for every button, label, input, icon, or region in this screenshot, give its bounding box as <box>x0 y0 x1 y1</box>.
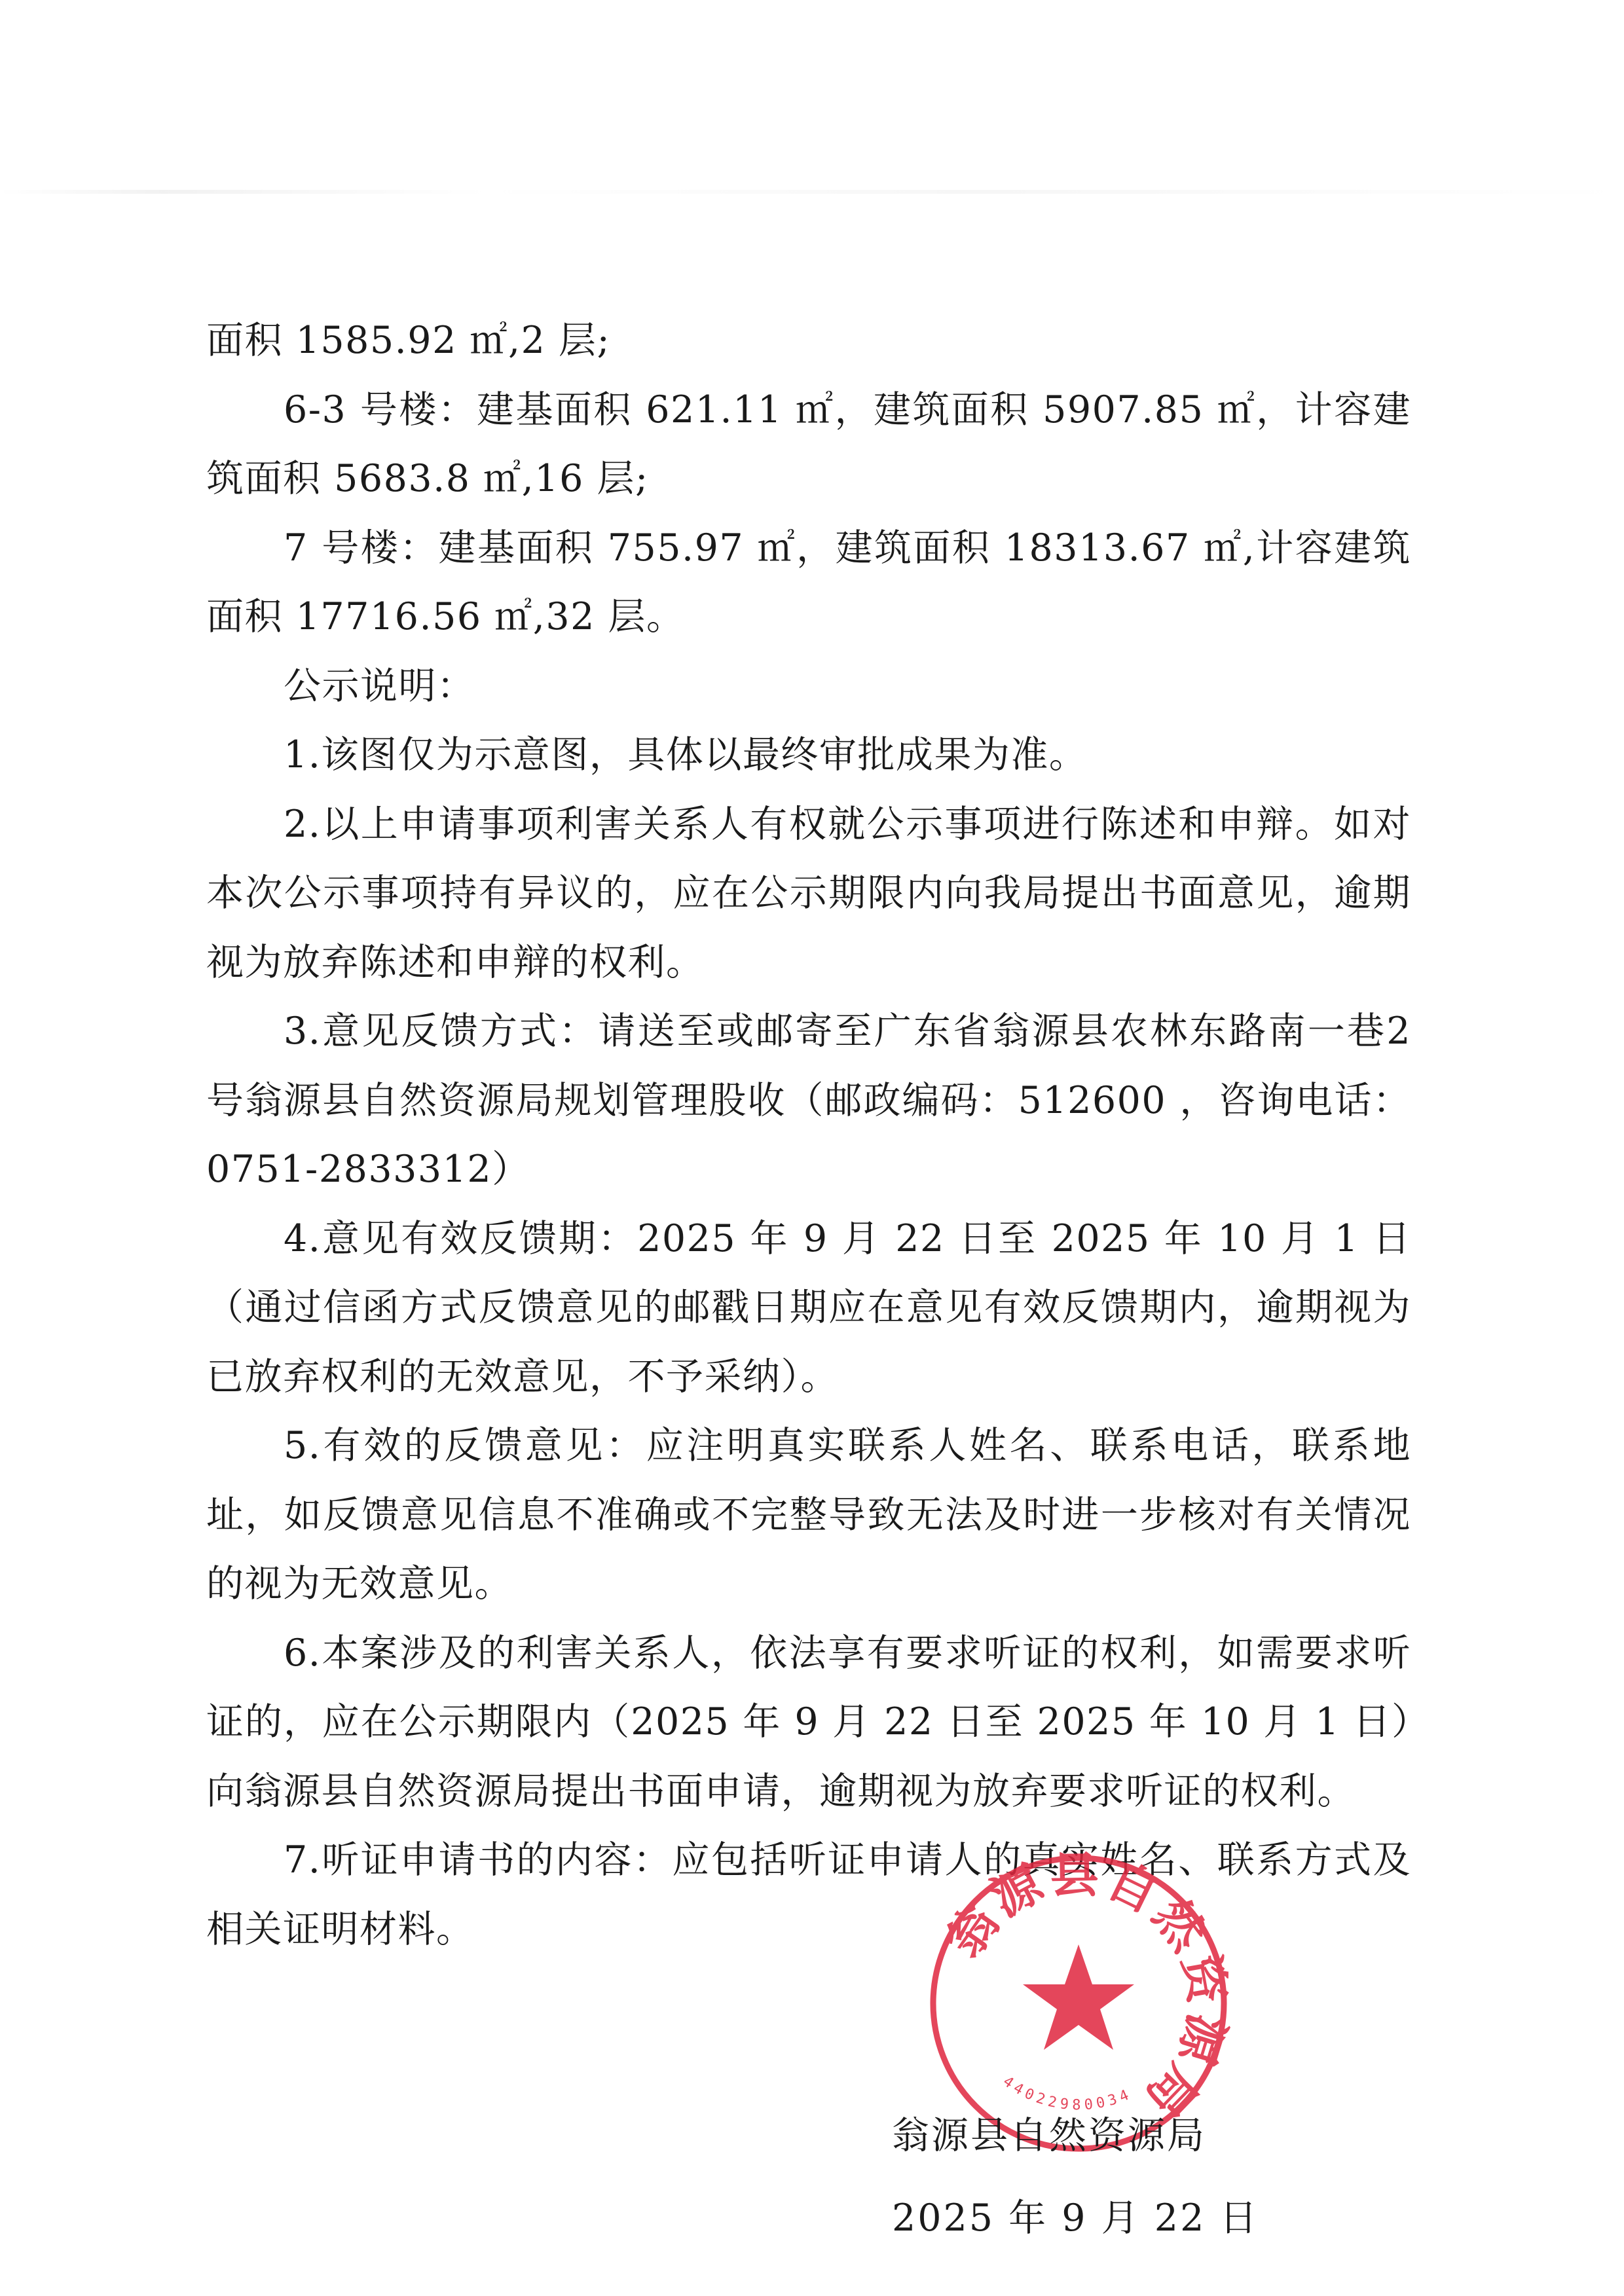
notice-item-6: 6.本案涉及的利害关系人，依法享有要求听证的权利，如需要求听证的，应在公示期限内… <box>206 1619 1411 1827</box>
signature-date: 2025 年 9 月 22 日 <box>892 2192 1259 2244</box>
scan-artifact <box>0 190 1624 194</box>
paragraph-building-7: 7 号楼：建基面积 755.97 ㎡，建筑面积 18313.67 ㎡,计容建筑面… <box>206 514 1411 652</box>
notice-item-4: 4.意见有效反馈期：2025 年 9 月 22 日至 2025 年 10 月 1… <box>206 1205 1411 1412</box>
document-page: 面积 1585.92 ㎡,2 层; 6-3 号楼：建基面积 621.11 ㎡，建… <box>0 0 1624 2296</box>
notice-item-1: 1.该图仅为示意图，具体以最终审批成果为准。 <box>206 721 1411 790</box>
notice-heading: 公示说明： <box>206 652 1411 721</box>
notice-item-5: 5.有效的反馈意见：应注明真实联系人姓名、联系电话，联系地址，如反馈意见信息不准… <box>206 1412 1411 1619</box>
svg-text:44022980034: 44022980034 <box>1000 2073 1135 2113</box>
paragraph-building-area-continued: 面积 1585.92 ㎡,2 层; <box>206 306 1411 376</box>
notice-item-2: 2.以上申请事项利害关系人有权就公示事项进行陈述和申辩。如对本次公示事项持有异议… <box>206 790 1411 998</box>
signature-organization: 翁源县自然资源局 <box>892 2109 1206 2162</box>
paragraph-building-6-3: 6-3 号楼：建基面积 621.11 ㎡，建筑面积 5907.85 ㎡，计容建筑… <box>206 376 1411 514</box>
notice-item-3: 3.意见反馈方式：请送至或邮寄至广东省翁源县农林东路南一巷2 号翁源县自然资源局… <box>206 997 1411 1205</box>
document-body: 面积 1585.92 ㎡,2 层; 6-3 号楼：建基面积 621.11 ㎡，建… <box>206 306 1411 1964</box>
